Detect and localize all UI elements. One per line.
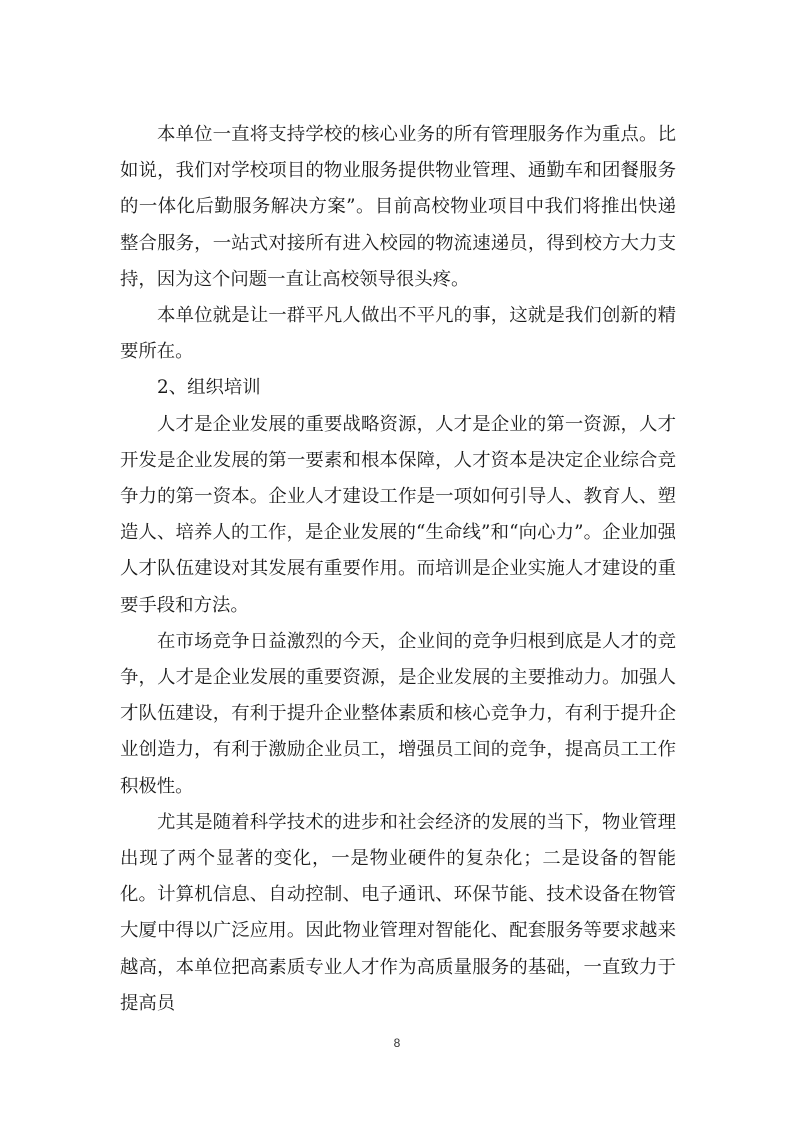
paragraph-core-business: 本单位一直将支持学校的核心业务的所有管理服务作为重点。比如说，我们对学校项目的物…: [120, 117, 676, 298]
document-body: 本单位一直将支持学校的核心业务的所有管理服务作为重点。比如说，我们对学校项目的物…: [120, 117, 676, 1022]
paragraph-talent-resource: 人才是企业发展的重要战略资源，人才是企业的第一资源，人才开发是企业发展的第一要素…: [120, 407, 676, 624]
paragraph-innovation: 本单位就是让一群平凡人做出不平凡的事，这就是我们创新的精要所在。: [120, 298, 676, 370]
paragraph-technology-change: 尤其是随着科学技术的进步和社会经济的发展的当下，物业管理出现了两个显著的变化，一…: [120, 805, 676, 1022]
paragraph-market-competition: 在市场竞争日益激烈的今天，企业间的竞争归根到底是人才的竞争，人才是企业发展的重要…: [120, 624, 676, 805]
section-heading-training: 2、组织培训: [120, 370, 676, 406]
page-number: 8: [0, 1036, 794, 1050]
